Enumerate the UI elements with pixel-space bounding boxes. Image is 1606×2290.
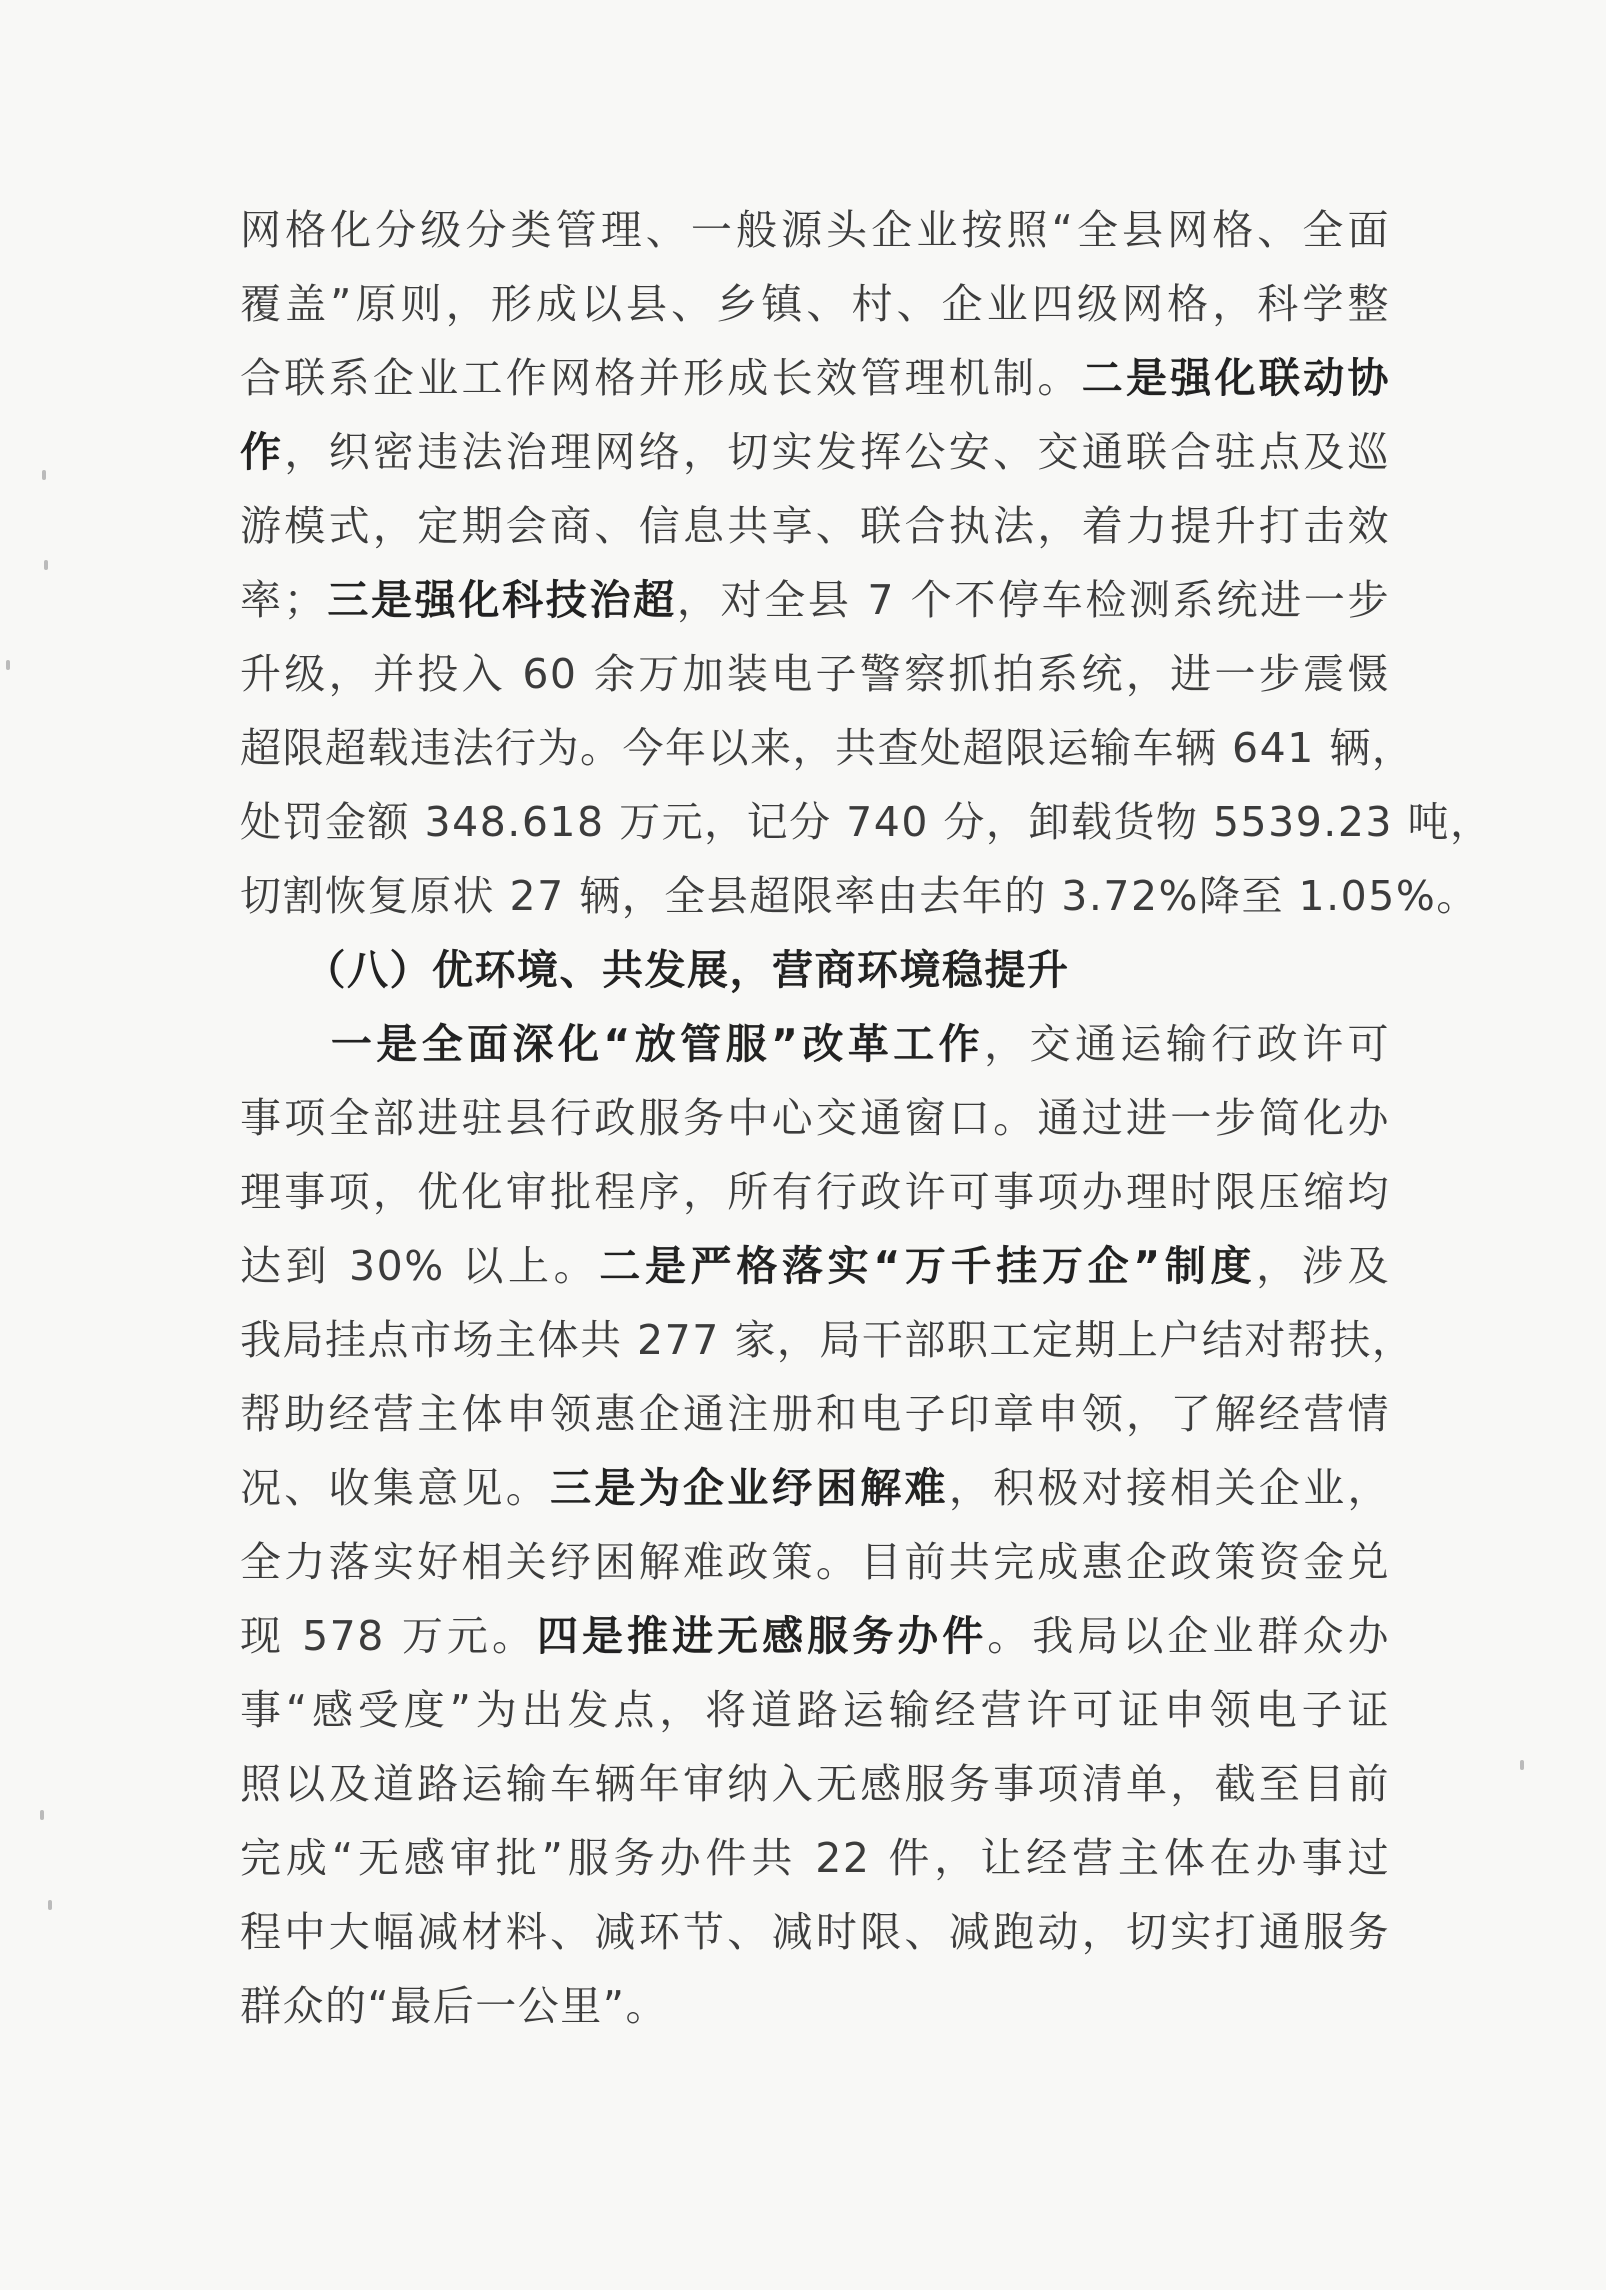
text-span: 游模式，定期会商、信息共享、联合执法，着力提升打击效 [240,502,1390,550]
bold-phrase: 三是强化科技治超 [326,576,677,624]
text-span: 切割恢复原状 27 辆，全县超限率由去年的 3.72%降至 1.05%。 [240,872,1479,920]
text-span: 照以及道路运输车辆年审纳入无感服务事项清单，截至目前 [240,1760,1390,1808]
text-span: 处罚金额 348.618 万元，记分 740 分，卸载货物 5539.23 吨， [240,798,1493,846]
text-span: 覆盖”原则，形成以县、乡镇、村、企业四级网格，科学整 [240,280,1390,328]
text-line: 程中大幅减材料、减环节、减时限、减跑动，切实打通服务 [240,1902,1390,1962]
scan-speck [48,1900,52,1910]
text-line: 事项全部进驻县行政服务中心交通窗口。通过进一步简化办 [240,1088,1390,1148]
bold-phrase: 二是严格落实“万千挂万企”制度 [599,1242,1256,1290]
text-line: 网格化分级分类管理、一般源头企业按照“全县网格、全面 [240,200,1390,260]
text-line: 群众的“最后一公里”。 [240,1976,1390,2036]
bold-phrase: 三是为企业纾困解难 [550,1464,949,1512]
text-line: （八）优环境、共发展，营商环境稳提升 [240,940,1390,1000]
bold-phrase: 二是强化联动协 [1082,354,1390,402]
text-span: 我局挂点市场主体共 277 家，局干部职工定期上户结对帮扶， [240,1316,1414,1364]
text-span: 。我局以企业群众办 [987,1612,1390,1660]
text-span: 现 578 万元。 [240,1612,537,1660]
text-line: 我局挂点市场主体共 277 家，局干部职工定期上户结对帮扶， [240,1310,1390,1370]
text-line: 率；三是强化科技治超，对全县 7 个不停车检测系统进一步 [240,570,1390,630]
text-span: ，织密违法治理网络，切实发挥公安、交通联合驻点及巡 [284,428,1390,476]
text-line: 作，织密违法治理网络，切实发挥公安、交通联合驻点及巡 [240,422,1390,482]
text-span: 帮助经营主体申领惠企通注册和电子印章申领，了解经营情 [240,1390,1390,1438]
text-line: 理事项，优化审批程序，所有行政许可事项办理时限压缩均 [240,1162,1390,1222]
bold-phrase: 作 [240,428,284,476]
text-line: 全力落实好相关纾困解难政策。目前共完成惠企政策资金兑 [240,1532,1390,1592]
bold-phrase: （八）优环境、共发展，营商环境稳提升 [240,946,1070,994]
text-line: 照以及道路运输车辆年审纳入无感服务事项清单，截至目前 [240,1754,1390,1814]
scan-speck [44,560,48,570]
text-span: ，积极对接相关企业， [949,1464,1390,1512]
text-span: 全力落实好相关纾困解难政策。目前共完成惠企政策资金兑 [240,1538,1390,1586]
scan-speck [40,1810,44,1820]
text-span: 完成“无感审批”服务办件共 22 件，让经营主体在办事过 [240,1834,1390,1882]
text-line: 事“感受度”为出发点，将道路运输经营许可证申领电子证 [240,1680,1390,1740]
text-span: 超限超载违法行为。今年以来，共查处超限运输车辆 641 辆， [240,724,1414,772]
text-span: 合联系企业工作网格并形成长效管理机制。 [240,354,1082,402]
text-span: 群众的“最后一公里”。 [240,1982,668,2030]
text-line: 帮助经营主体申领惠企通注册和电子印章申领，了解经营情 [240,1384,1390,1444]
text-line: 现 578 万元。四是推进无感服务办件。我局以企业群众办 [240,1606,1390,1666]
text-span: 况、收集意见。 [240,1464,550,1512]
document-page: 网格化分级分类管理、一般源头企业按照“全县网格、全面覆盖”原则，形成以县、乡镇、… [0,0,1606,2290]
text-span: 理事项，优化审批程序，所有行政许可事项办理时限压缩均 [240,1168,1390,1216]
text-line: 达到 30% 以上。二是严格落实“万千挂万企”制度，涉及 [240,1236,1390,1296]
text-span: 升级，并投入 60 余万加装电子警察抓拍系统，进一步震慑 [240,650,1390,698]
text-line: 一是全面深化“放管服”改革工作，交通运输行政许可 [240,1014,1390,1074]
text-line: 超限超载违法行为。今年以来，共查处超限运输车辆 641 辆， [240,718,1390,778]
text-line: 况、收集意见。三是为企业纾困解难，积极对接相关企业， [240,1458,1390,1518]
text-line: 处罚金额 348.618 万元，记分 740 分，卸载货物 5539.23 吨， [240,792,1390,852]
text-line: 合联系企业工作网格并形成长效管理机制。二是强化联动协 [240,348,1390,408]
text-span: 率； [240,576,326,624]
scan-speck [1520,1760,1524,1770]
scan-speck [42,470,46,480]
scan-speck [6,660,10,670]
text-span: 事项全部进驻县行政服务中心交通窗口。通过进一步简化办 [240,1094,1390,1142]
text-span: ，涉及 [1256,1242,1390,1290]
text-line: 升级，并投入 60 余万加装电子警察抓拍系统，进一步震慑 [240,644,1390,704]
text-line: 游模式，定期会商、信息共享、联合执法，着力提升打击效 [240,496,1390,556]
text-span: ，交通运输行政许可 [984,1020,1390,1068]
text-span: ，对全县 7 个不停车检测系统进一步 [677,576,1390,624]
text-span: 网格化分级分类管理、一般源头企业按照“全县网格、全面 [240,206,1390,254]
text-span: 达到 30% 以上。 [240,1242,599,1290]
text-line: 覆盖”原则，形成以县、乡镇、村、企业四级网格，科学整 [240,274,1390,334]
text-span: 事“感受度”为出发点，将道路运输经营许可证申领电子证 [240,1686,1390,1734]
text-line: 完成“无感审批”服务办件共 22 件，让经营主体在办事过 [240,1828,1390,1888]
bold-phrase: 四是推进无感服务办件 [537,1612,987,1660]
text-span: 程中大幅减材料、减环节、减时限、减跑动，切实打通服务 [240,1908,1390,1956]
bold-phrase: 一是全面深化“放管服”改革工作 [240,1020,984,1068]
text-line: 切割恢复原状 27 辆，全县超限率由去年的 3.72%降至 1.05%。 [240,866,1390,926]
